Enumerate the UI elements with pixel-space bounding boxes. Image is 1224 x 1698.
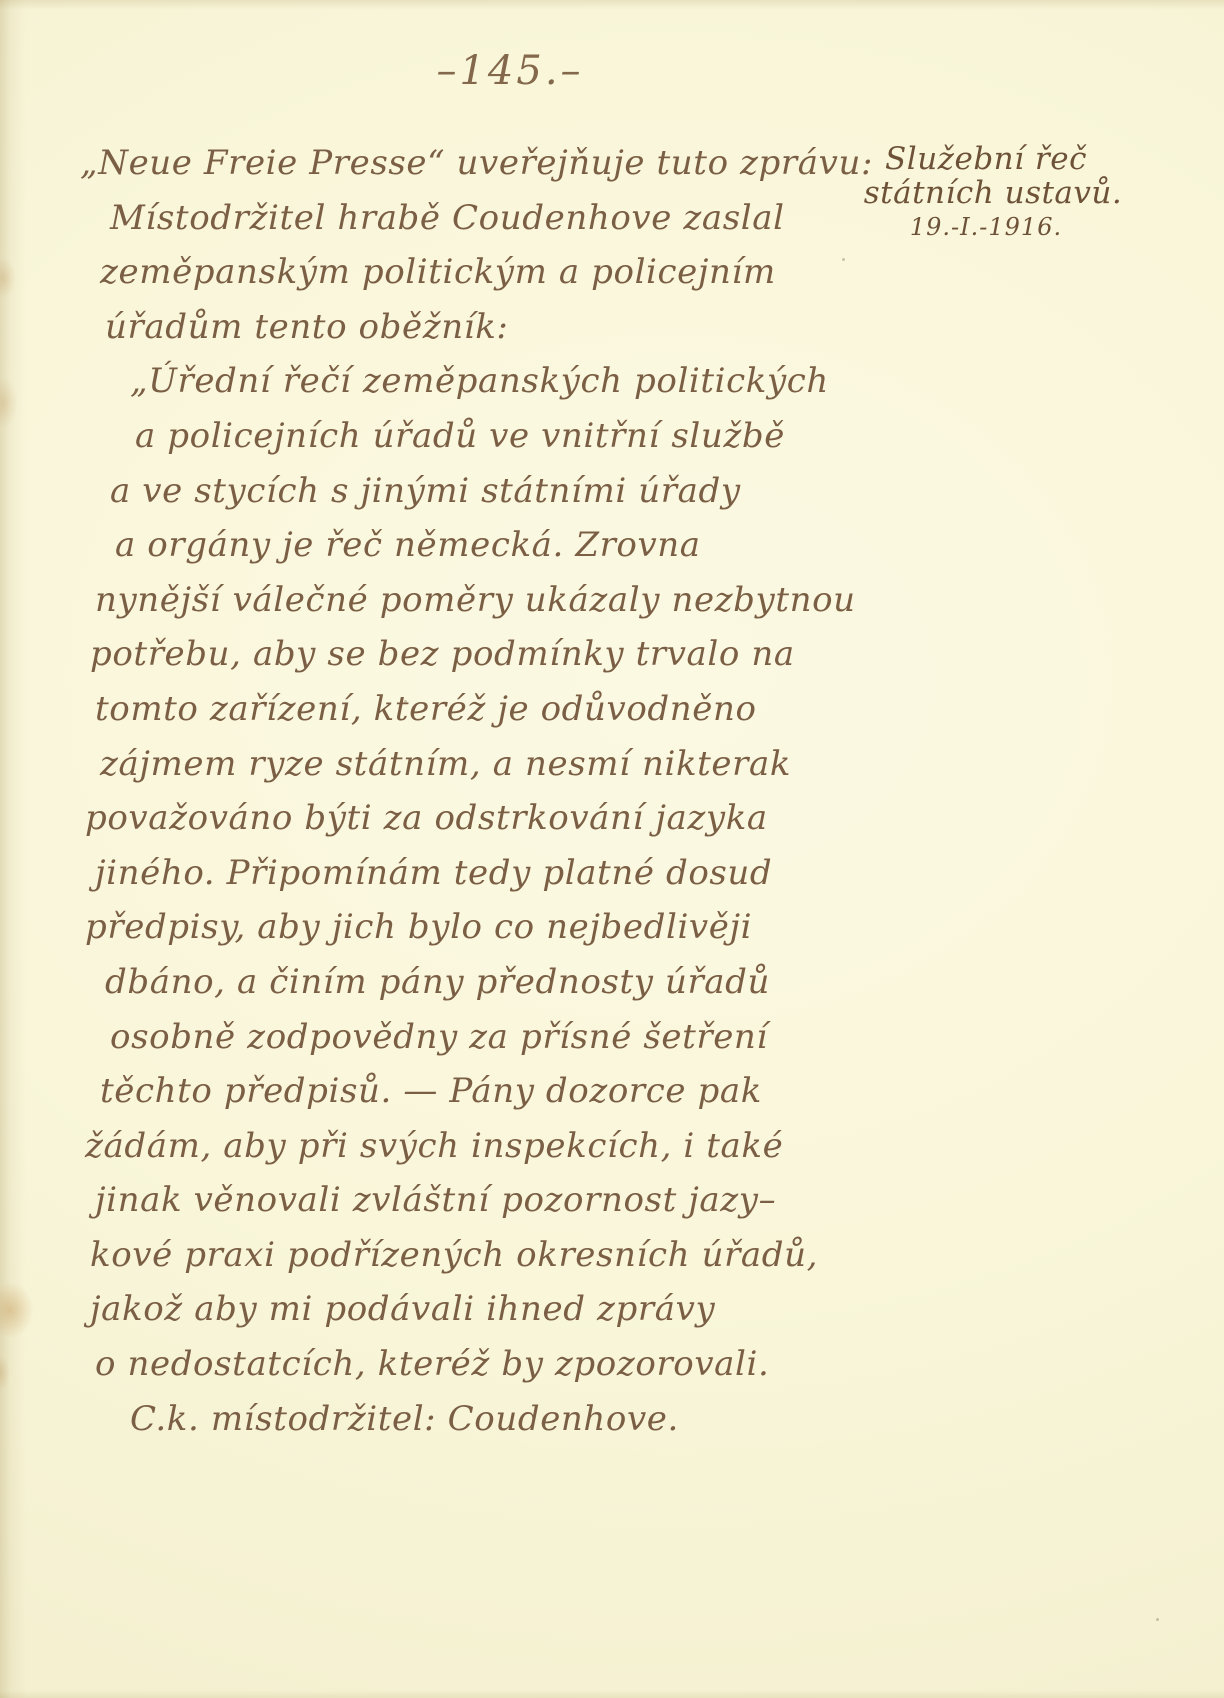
manuscript-body: „Neue Freie Presse“ uveřejňuje tuto zprá… <box>80 136 1140 1446</box>
manuscript-line: a ve stycích s jinými státními úřady <box>110 464 1140 519</box>
manuscript-line: jakož aby mi podávali ihned zprávy <box>90 1282 1140 1337</box>
paper-stain <box>0 378 18 428</box>
manuscript-line: a orgány je řeč německá. Zrovna <box>115 518 1140 573</box>
page-number: –145.– <box>0 48 1020 94</box>
manuscript-line: považováno býti za odstrkování jazyka <box>85 791 1140 846</box>
paper-stain <box>0 1282 34 1338</box>
manuscript-line: jiného. Připomínám tedy platné dosud <box>95 846 1140 901</box>
manuscript-line: nynější válečné poměry ukázaly nezbytnou <box>95 573 1140 628</box>
paper-speck <box>1156 1618 1159 1621</box>
manuscript-line: těchto předpisů. — Pány dozorce pak <box>100 1064 1140 1119</box>
bottom-edge-shadow <box>0 1690 1224 1698</box>
manuscript-page: –145.– Služební řeč státních ustavů. 19.… <box>0 0 1224 1698</box>
manuscript-line: předpisy, aby jich bylo co nejbedlivěji <box>85 900 1140 955</box>
manuscript-line: zájmem ryze státním, a nesmí nikterak <box>100 737 1140 792</box>
manuscript-line: jinak věnovali zvláštní pozornost jazy– <box>95 1173 1140 1228</box>
manuscript-line: tomto zařízení, kteréž je odůvodněno <box>95 682 1140 737</box>
manuscript-line: a policejních úřadů ve vnitřní službě <box>135 409 1140 464</box>
manuscript-line: o nedostatcích, kteréž by zpozorovali. <box>95 1337 1140 1392</box>
manuscript-line: potřebu, aby se bez podmínky trvalo na <box>90 627 1140 682</box>
paper-stain <box>0 1355 10 1391</box>
manuscript-line: „Neue Freie Presse“ uveřejňuje tuto zprá… <box>80 136 1140 191</box>
manuscript-line: C.k. místodržitel: Coudenhove. <box>130 1392 1140 1447</box>
manuscript-line: osobně zodpovědny za přísné šetření <box>110 1010 1140 1065</box>
binding-edge-shadow <box>0 0 26 1698</box>
top-edge-shadow <box>0 0 1224 10</box>
manuscript-line: dbáno, a činím pány přednosty úřadů <box>105 955 1140 1010</box>
manuscript-line: Místodržitel hrabě Coudenhove zaslal <box>110 191 1140 246</box>
manuscript-line: žádám, aby při svých inspekcích, i také <box>85 1119 1140 1174</box>
manuscript-line: „Úřední řečí zeměpanských politických <box>130 354 1140 409</box>
manuscript-line: kové praxi podřízených okresních úřadů, <box>90 1228 1140 1283</box>
manuscript-line: zeměpanským politickým a policejním <box>100 245 1140 300</box>
manuscript-line: úřadům tento oběžník: <box>105 300 1140 355</box>
paper-stain <box>0 258 16 298</box>
